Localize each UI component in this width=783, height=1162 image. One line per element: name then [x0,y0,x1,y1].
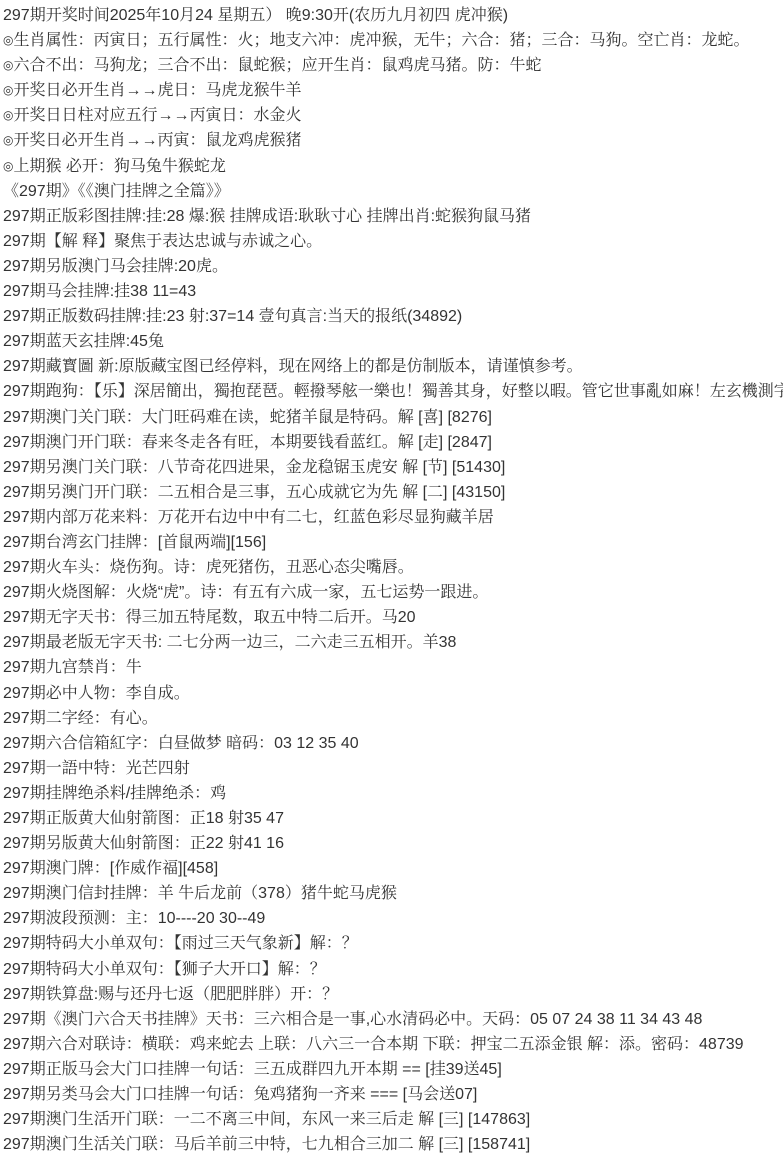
line-text: 297期另版澳门马会挂牌:20虎。 [3,258,228,275]
five-elements-line: ◎开奖日日柱对应五行→→丙寅日：水金火 [3,103,783,128]
line-text: 297期【解 释】聚焦于表达忠诚与赤诚之心。 [3,233,322,250]
line-text: 上期猴 必开：狗马兔牛猴蛇龙 [13,158,225,175]
oldest-wordless-book-line: 297期最老版无字天书: 二七分两一边三，二六走三五相开。羊38 [3,630,783,655]
liuhe-couplet-poem-line: 297期六合对联诗：横联：鸡来蛇去 上联：八六三一合本期 下联：押宝二五添金银 … [3,1032,783,1057]
blue-sky-board-line: 297期蓝天玄挂牌:45兔 [3,329,783,354]
bullet-icon: ◎ [3,33,13,47]
zodiac-attributes-line: ◎生肖属性：丙寅日；五行属性：火；地支六冲：虎冲猴，无牛；六合：猪；三合：马狗。… [3,28,783,53]
line-text: 生肖属性：丙寅日；五行属性：火；地支六冲：虎冲猴，无牛；六合：猪；三合：马狗。空… [13,32,749,49]
line-text: 297期澳门信封挂牌：羊 牛后龙前（378）猪牛蛇马虎猴 [3,885,397,902]
line-text: 开奖日必开生肖→→丙寅：鼠龙鸡虎猴猪 [13,132,301,149]
macau-life-opening-couplet-line: 297期澳门生活开门联：一二不离三中间，东风一来三后走 解 [三] [14786… [3,1107,783,1132]
special-code-phrase-line-2: 297期特码大小单双句：【狮子大开口】解：？ [3,957,783,982]
line-text: 297期正版数码挂牌:挂:23 射:37=14 壹句真言:当天的报纸(34892… [3,308,462,325]
line-text: 开奖日必开生肖→→虎日：马虎龙猴牛羊 [13,82,301,99]
fire-chart-line: 297期火烧图解：火烧“虎”。诗：有五有六成一家，五七运势一跟进。 [3,580,783,605]
line-text: 297期另类马会大门口挂牌一句话：兔鸡猪狗一齐来 === [马会送07] [3,1086,477,1103]
macau-life-closing-couplet-line: 297期澳门生活关门联：马后羊前三中特，七九相合三加二 解 [三] [15874… [3,1132,783,1157]
alt-macau-opening-couplet-line: 297期另澳门开门联：二五相合是三事，五心成就它为先 解 [二] [43150] [3,480,783,505]
line-text: 297期火烧图解：火烧“虎”。诗：有五有六成一家，五七运势一跟进。 [3,584,488,601]
line-text: 297期二字经：有心。 [3,710,158,727]
digital-board-line: 297期正版数码挂牌:挂:23 射:37=14 壹句真言:当天的报纸(34892… [3,304,783,329]
jockey-club-board-line: 297期马会挂牌:挂38 11=43 [3,279,783,304]
line-text: 297期正版彩图挂牌:挂:28 爆:猴 挂牌成语:耿耿寸心 挂牌出肖:蛇猴狗鼠马… [3,208,531,225]
must-open-zodiac-bingyin-line: ◎开奖日必开生肖→→丙寅：鼠龙鸡虎猴猪 [3,128,783,153]
line-text: 297期铁算盘:赐与还丹七返（肥肥胖胖）开：？ [3,986,338,1003]
line-text: 297期无字天书：得三加五特尾数，取五中特二后开。马20 [3,609,416,626]
line-text: 297期特码大小单双句：【雨过三天气象新】解：？ [3,935,358,952]
line-text: 297期澳门生活关门联：马后羊前三中特，七九相合三加二 解 [三] [15874… [3,1136,530,1153]
line-text: 297期澳门关门联：大门旺码难在读，蛇猪羊鼠是特码。解 [喜] [8276] [3,409,492,426]
bullet-icon: ◎ [3,58,13,72]
line-text: 297期《澳门六合天书挂牌》天书：三六相合是一事,心水清码必中。天码：05 07… [3,1011,702,1028]
alt-huangdaxian-archery-line: 297期另版黄大仙射箭图：正22 射41 16 [3,831,783,856]
wordless-book-line: 297期无字天书：得三加五特尾数，取五中特二后开。马20 [3,605,783,630]
macau-card-line: 297期澳门牌：[作威作福][458] [3,856,783,881]
line-text: 297期六合对联诗：横联：鸡来蛇去 上联：八六三一合本期 下联：押宝二五添金银 … [3,1036,744,1053]
previous-period-line: ◎上期猴 必开：狗马兔牛猴蛇龙 [3,154,783,179]
line-text: 297期九宫禁肖：牛 [3,659,142,676]
official-huangdaxian-archery-line: 297期正版黄大仙射箭图：正18 射35 47 [3,806,783,831]
line-text: 297期开奖时间2025年10月24 星期五） 晚9:30开(农历九月初四 虎冲… [3,7,508,24]
macau-envelope-board-line: 297期澳门信封挂牌：羊 牛后龙前（378）猪牛蛇马虎猴 [3,881,783,906]
line-text: 297期内部万花来料：万花开右边中中有二七，红蓝色彩尽显狗藏羊居 [3,509,494,526]
special-code-phrase-line-1: 297期特码大小单双句：【雨过三天气象新】解：？ [3,931,783,956]
draw-time-line: 297期开奖时间2025年10月24 星期五） 晚9:30开(农历九月初四 虎冲… [3,3,783,28]
line-text: 297期正版黄大仙射箭图：正18 射35 47 [3,810,284,827]
line-text: 六合不出：马狗龙；三合不出：鼠蛇猴；应开生肖：鼠鸡虎马猪。防：牛蛇 [13,57,541,74]
wave-band-forecast-line: 297期波段预测：主：10----20 30--49 [3,906,783,931]
jiugong-forbidden-zodiac-line: 297期九宫禁肖：牛 [3,655,783,680]
line-text: 297期另澳门开门联：二五相合是三事，五心成就它为先 解 [二] [43150] [3,484,505,501]
line-text: 297期波段预测：主：10----20 30--49 [3,910,265,927]
train-head-line: 297期火车头：烧伤狗。诗：虎死猪伤，丑恶心态尖嘴唇。 [3,555,783,580]
line-text: 297期另澳门关门联：八节奇花四进果，金龙稳锯玉虎安 解 [节] [51430] [3,459,505,476]
heavenly-book-board-line: 297期《澳门六合天书挂牌》天书：三六相合是一事,心水清码必中。天码：05 07… [3,1007,783,1032]
line-text: 297期澳门生活开门联：一二不离三中间，东风一来三后走 解 [三] [14786… [3,1111,530,1128]
macau-closing-couplet-line: 297期澳门关门联：大门旺码难在读，蛇猪羊鼠是特码。解 [喜] [8276] [3,405,783,430]
alt-macau-closing-couplet-line: 297期另澳门关门联：八节奇花四进果，金龙稳锯玉虎安 解 [节] [51430] [3,455,783,480]
internal-wanhua-line: 297期内部万花来料：万花开右边中中有二七，红蓝色彩尽显狗藏羊居 [3,505,783,530]
bullet-icon: ◎ [3,83,13,97]
must-hit-person-line: 297期必中人物：李自成。 [3,681,783,706]
line-text: 《297期》《《澳门挂牌之全篇》》 [3,183,230,200]
line-text: 297期正版马会大门口挂牌一句话：三五成群四九开本期 == [挂39送45] [3,1061,502,1078]
line-text: 297期澳门开门联：春来冬走各有旺，本期要钱看蓝红。解 [走] [2847] [3,434,492,451]
explanation-line: 297期【解 释】聚焦于表达忠诚与赤诚之心。 [3,229,783,254]
line-text: 297期最老版无字天书: 二七分两一边三，二六走三五相开。羊38 [3,634,456,651]
alt-macau-board-line: 297期另版澳门马会挂牌:20虎。 [3,254,783,279]
mailbox-red-words-line: 297期六合信箱紅字：白昼做梦 暗码：03 12 35 40 [3,731,783,756]
board-kill-line: 297期挂牌绝杀料/挂牌绝杀：鸡 [3,781,783,806]
treasure-map-notice-line: 297期藏寳圖 新:原版藏宝图已经停料，现在网络上的都是仿制版本，请谨慎参考。 [3,354,783,379]
must-open-zodiac-tiger-line: ◎开奖日必开生肖→→虎日：马虎龙猴牛羊 [3,78,783,103]
running-dog-line: 297期跑狗：【乐】深居簡出，獨抱琵琶。輕撥琴舷一樂也！獨善其身，好整以暇。管它… [3,379,783,404]
macau-opening-couplet-line: 297期澳门开门联：春来冬走各有旺，本期要钱看蓝红。解 [走] [2847] [3,430,783,455]
line-text: 297期跑狗：【乐】深居簡出，獨抱琵琶。輕撥琴舷一樂也！獨善其身，好整以暇。管它… [3,383,783,400]
line-text: 297期澳门牌：[作威作福][458] [3,860,218,877]
line-text: 297期必中人物：李自成。 [3,685,190,702]
line-text: 297期一語中特：光芒四射 [3,760,190,777]
taiwan-xuanmen-board-line: 297期台湾玄门挂牌：[首鼠两端][156] [3,530,783,555]
line-text: 297期台湾玄门挂牌：[首鼠两端][156] [3,534,266,551]
line-text: 297期马会挂牌:挂38 11=43 [3,283,196,300]
line-text: 297期特码大小单双句：【狮子大开口】解：？ [3,961,326,978]
line-text: 开奖日日柱对应五行→→丙寅日：水金火 [13,107,301,124]
bullet-icon: ◎ [3,108,13,122]
line-text: 297期六合信箱紅字：白昼做梦 暗码：03 12 35 40 [3,735,359,752]
line-text: 297期火车头：烧伤狗。诗：虎死猪伤，丑恶心态尖嘴唇。 [3,559,414,576]
liuhe-exclusions-line: ◎六合不出：马狗龙；三合不出：鼠蛇猴；应开生肖：鼠鸡虎马猪。防：牛蛇 [3,53,783,78]
line-text: 297期蓝天玄挂牌:45兔 [3,333,164,350]
line-text: 297期藏寳圖 新:原版藏宝图已经停料，现在网络上的都是仿制版本，请谨慎参考。 [3,358,583,375]
one-phrase-special-line: 297期一語中特：光芒四射 [3,756,783,781]
official-color-chart-line: 297期正版彩图挂牌:挂:28 爆:猴 挂牌成语:耿耿寸心 挂牌出肖:蛇猴狗鼠马… [3,204,783,229]
bullet-icon: ◎ [3,133,13,147]
issue-title-line: 《297期》《《澳门挂牌之全篇》》 [3,179,783,204]
line-text: 297期另版黄大仙射箭图：正22 射41 16 [3,835,284,852]
alt-gate-board-phrase-line: 297期另类马会大门口挂牌一句话：兔鸡猪狗一齐来 === [马会送07] [3,1082,783,1107]
line-text: 297期挂牌绝杀料/挂牌绝杀：鸡 [3,785,226,802]
lottery-info-page: 297期开奖时间2025年10月24 星期五） 晚9:30开(农历九月初四 虎冲… [0,0,783,1157]
bullet-icon: ◎ [3,159,13,173]
two-word-scripture-line: 297期二字经：有心。 [3,706,783,731]
iron-abacus-line: 297期铁算盘:赐与还丹七返（肥肥胖胖）开：？ [3,982,783,1007]
official-gate-board-phrase-line: 297期正版马会大门口挂牌一句话：三五成群四九开本期 == [挂39送45] [3,1057,783,1082]
